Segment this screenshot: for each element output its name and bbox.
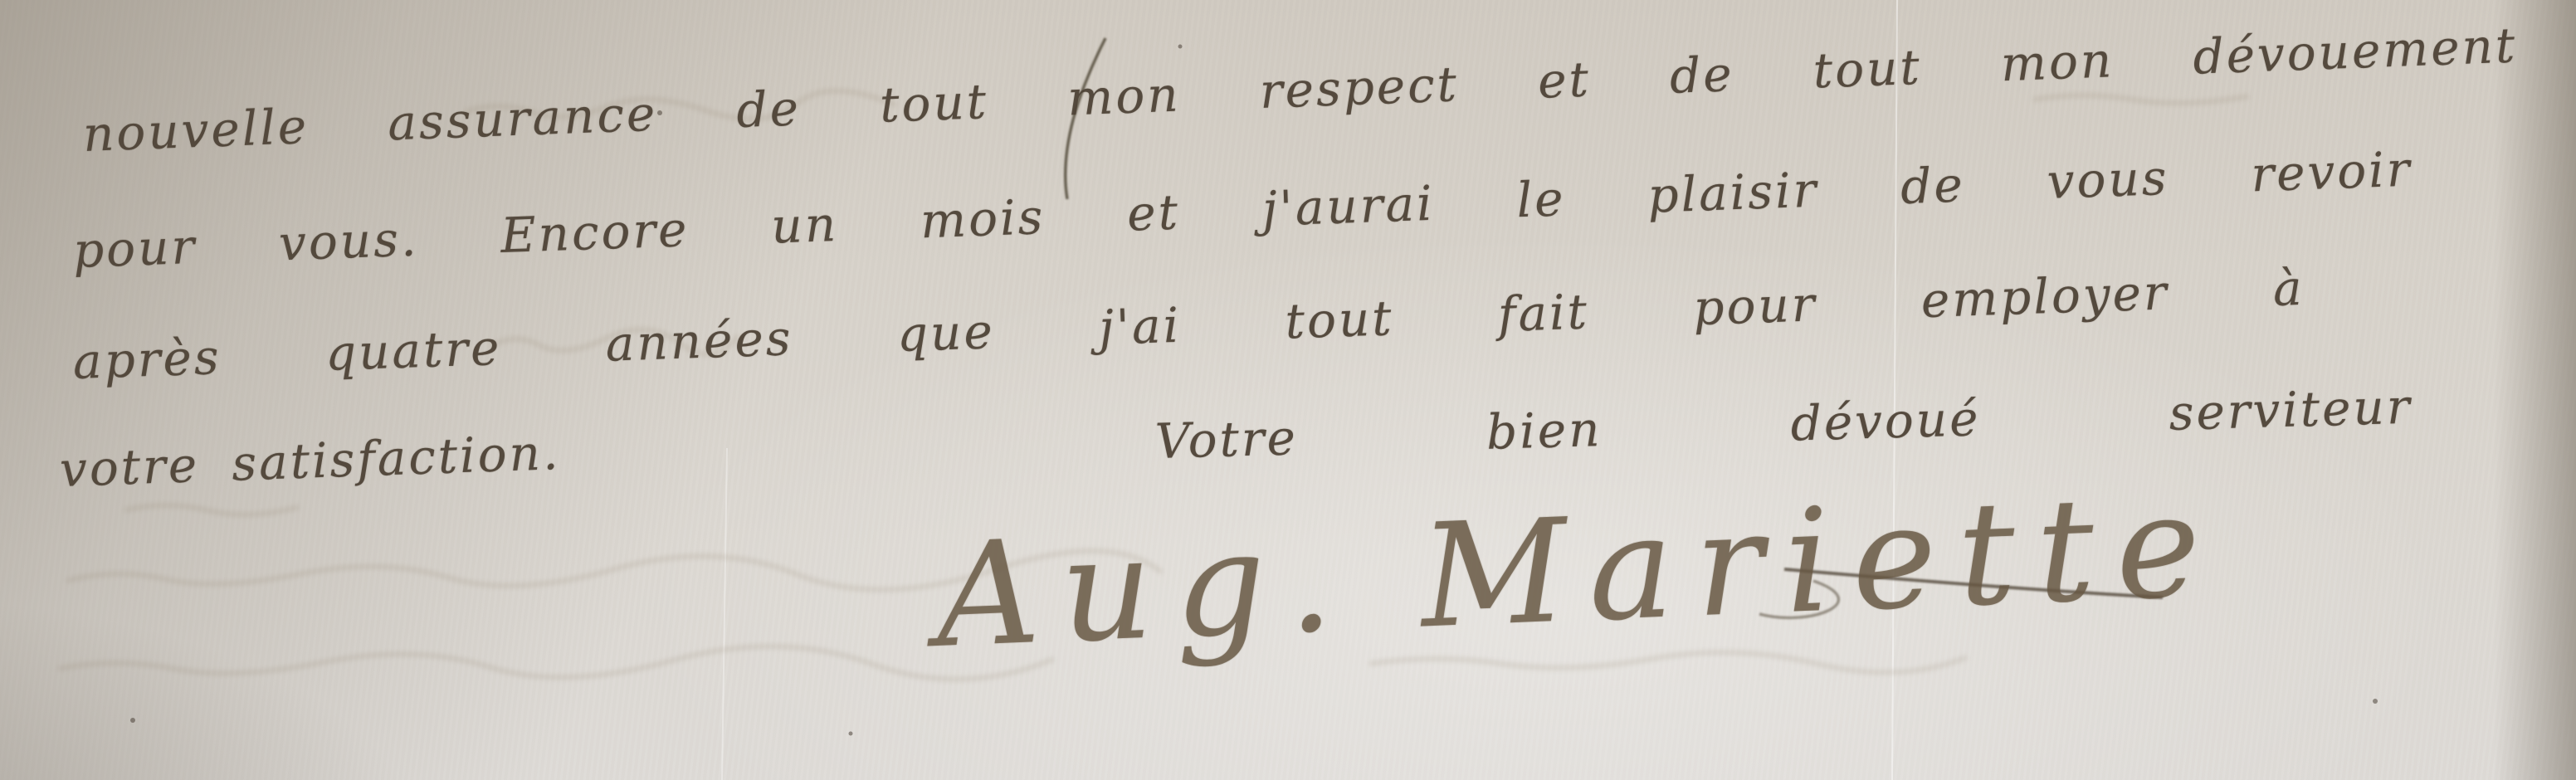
handwriting-line-4: votre satisfaction. [59, 423, 575, 498]
closing-formula: Votre bien dévoué serviteur [1154, 378, 2413, 470]
handwriting-line-2: pour vous. Encore un mois et j'aurai le … [72, 141, 2413, 279]
bleed-through-marks [58, 646, 1054, 680]
paper-crease-vertical [1892, 0, 1897, 780]
handwriting-line-1: nouvelle assurance de tout mon respect e… [82, 17, 2519, 163]
letter-photograph: nouvelle assurance de tout mon respect e… [0, 0, 2576, 780]
bleed-through-marks [2033, 95, 2249, 103]
bleed-through-marks [124, 505, 299, 514]
handwriting-line-3: après quatre années que j'ai tout fait p… [72, 260, 2305, 390]
paper-crease-vertical-2 [722, 448, 727, 780]
signature-aug-mariette: Aug. Mariette [933, 461, 2225, 680]
